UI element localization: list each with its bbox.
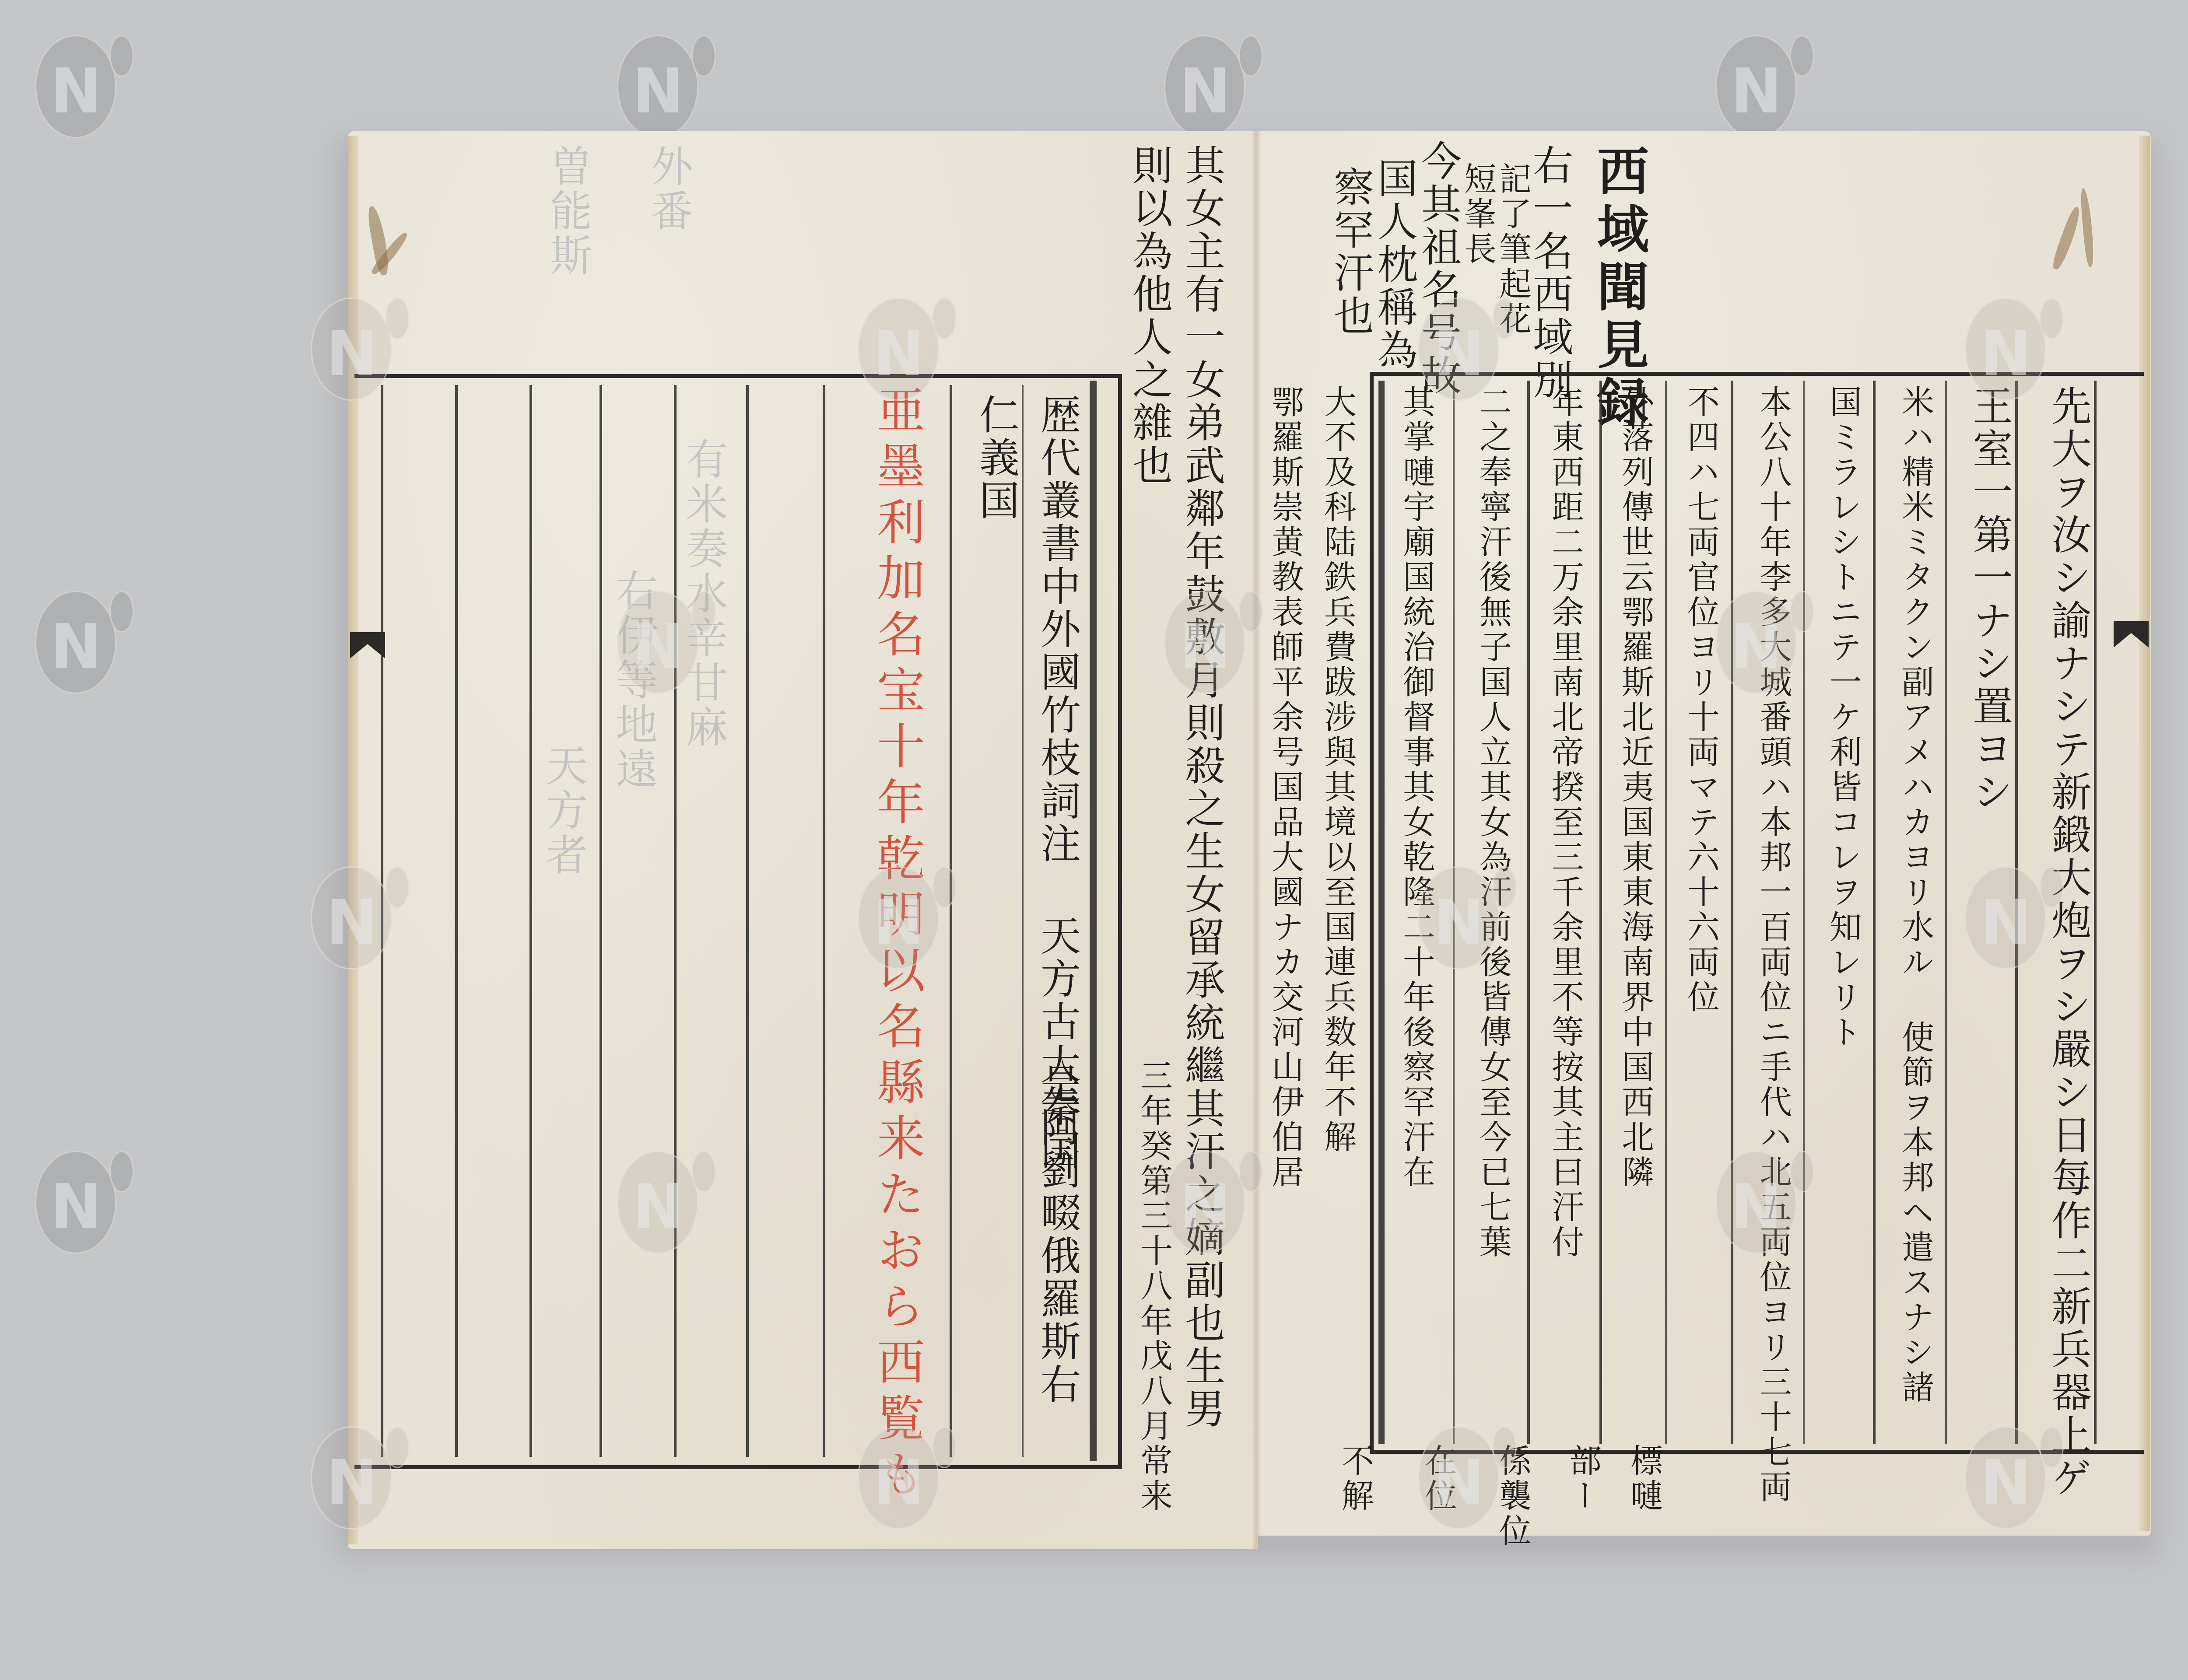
watermark-logo: N xyxy=(591,9,722,140)
overflow-text: 標嗹 xyxy=(1628,1444,1660,1514)
watermark-logo: N xyxy=(1392,271,1523,402)
watermark-logo: N xyxy=(831,840,963,971)
watermark-logo: N xyxy=(1939,1400,2070,1531)
overflow-text: 不解 xyxy=(1339,1444,1371,1514)
watermark-logo: N xyxy=(1392,1400,1523,1531)
text-column: 米ハ精米ミタクン副アメハカヨリ水ル 使節ヲ本邦ヘ遣スナシ諸 xyxy=(1899,385,1932,1405)
watermark-logo: N xyxy=(284,1400,416,1531)
watermark-logo: N xyxy=(1939,271,2070,402)
rule-line xyxy=(1731,381,1733,1444)
text-column: 王室一第一ナシ置ヨシ xyxy=(1969,385,2009,814)
watermark-logo: N xyxy=(1138,564,1269,696)
watermark-logo: N xyxy=(1392,840,1523,971)
bleed-through-text: 天方者 xyxy=(543,744,585,878)
text-column: 仁義国 xyxy=(976,394,1016,522)
rule-line xyxy=(1803,381,1805,1444)
watermark-logo: N xyxy=(9,9,140,140)
margin-text-column: 大不及科陆鉄兵費跋涉與其境以至国連兵数年不解 xyxy=(1322,385,1354,1155)
header-note: 察罕汗也 xyxy=(1330,166,1371,338)
rule-line xyxy=(1378,381,1385,1444)
text-column: 本公八十年李多大城番頭ハ本邦一百両位ニ手代ハ北五両位ヨリ三十七両 xyxy=(1757,385,1789,1505)
watermark-logo: N xyxy=(284,271,416,402)
rule-line xyxy=(600,385,602,1457)
watermark-logo: N xyxy=(9,1124,140,1256)
text-column: 二之奉寧汗後無子国人立其女為汗前後皆傳女至今已七葉 xyxy=(1477,385,1509,1260)
watermark-logo: N xyxy=(1939,840,2070,971)
text-column: 国ミラレシトニテ一ケ利皆コレヲ知レリト xyxy=(1827,385,1859,1050)
watermark-logo: N xyxy=(1689,9,1820,140)
rule-line xyxy=(2094,381,2097,1444)
rule-line xyxy=(1090,381,1097,1461)
book-gutter xyxy=(1252,131,1261,1549)
bleed-through-text: 曽能斯 xyxy=(547,144,589,278)
watermark-logo: N xyxy=(1689,564,1820,696)
watermark-logo: N xyxy=(9,564,140,696)
text-column: 不四ハ七両官位ヨリ十両マテ六十六両位 xyxy=(1685,385,1717,1015)
rule-line xyxy=(674,385,677,1457)
rule-line xyxy=(746,385,749,1457)
text-column: 是阿劉畷俄羅斯右 xyxy=(1037,1063,1077,1406)
rule-line xyxy=(1665,381,1667,1444)
watermark-logo: N xyxy=(1689,1124,1820,1256)
rule-line xyxy=(1527,381,1530,1444)
watermark-logo: N xyxy=(831,271,963,402)
rule-line xyxy=(1873,381,1876,1444)
watermark-logo: N xyxy=(1138,9,1269,140)
overflow-text: 部ー xyxy=(1567,1444,1599,1514)
rule-line xyxy=(455,385,458,1457)
rule-line xyxy=(1599,381,1602,1444)
watermark-logo: N xyxy=(591,1124,722,1256)
watermark-logo: N xyxy=(284,840,416,971)
rule-line xyxy=(1022,385,1024,1457)
margin-text-column: 鄂羅斯崇黄教表師平余号国品大國ナカ交河山伊伯居 xyxy=(1269,385,1301,1190)
watermark-logo: N xyxy=(831,1400,963,1531)
text-column: 其掌嗹宇廟国統治御督事其女乾隆二十年後察罕汗在 xyxy=(1400,385,1433,1190)
header-note: 右一名西域別 xyxy=(1529,144,1570,402)
rule-line xyxy=(823,385,825,1457)
header-note: 短峯長 xyxy=(1462,162,1494,267)
text-column: 外落列傳世云鄂羅斯北近夷国東東海南界中国西北隣 xyxy=(1619,385,1652,1190)
text-column: 歴代叢書中外國竹枝詞注 天方古大秦国 xyxy=(1037,394,1077,1172)
text-column: 則以為他人之雜也 xyxy=(1129,144,1169,487)
watermark-logo: N xyxy=(591,564,722,696)
text-column: 年東西距二万余里南北帝揆至三千余里不等按其主曰汗付 xyxy=(1549,385,1581,1260)
rule-line xyxy=(529,385,532,1457)
watermark-logo: N xyxy=(1138,1124,1269,1256)
bleed-through-text: 外番 xyxy=(648,144,690,234)
left-page-frame xyxy=(354,374,1122,1469)
